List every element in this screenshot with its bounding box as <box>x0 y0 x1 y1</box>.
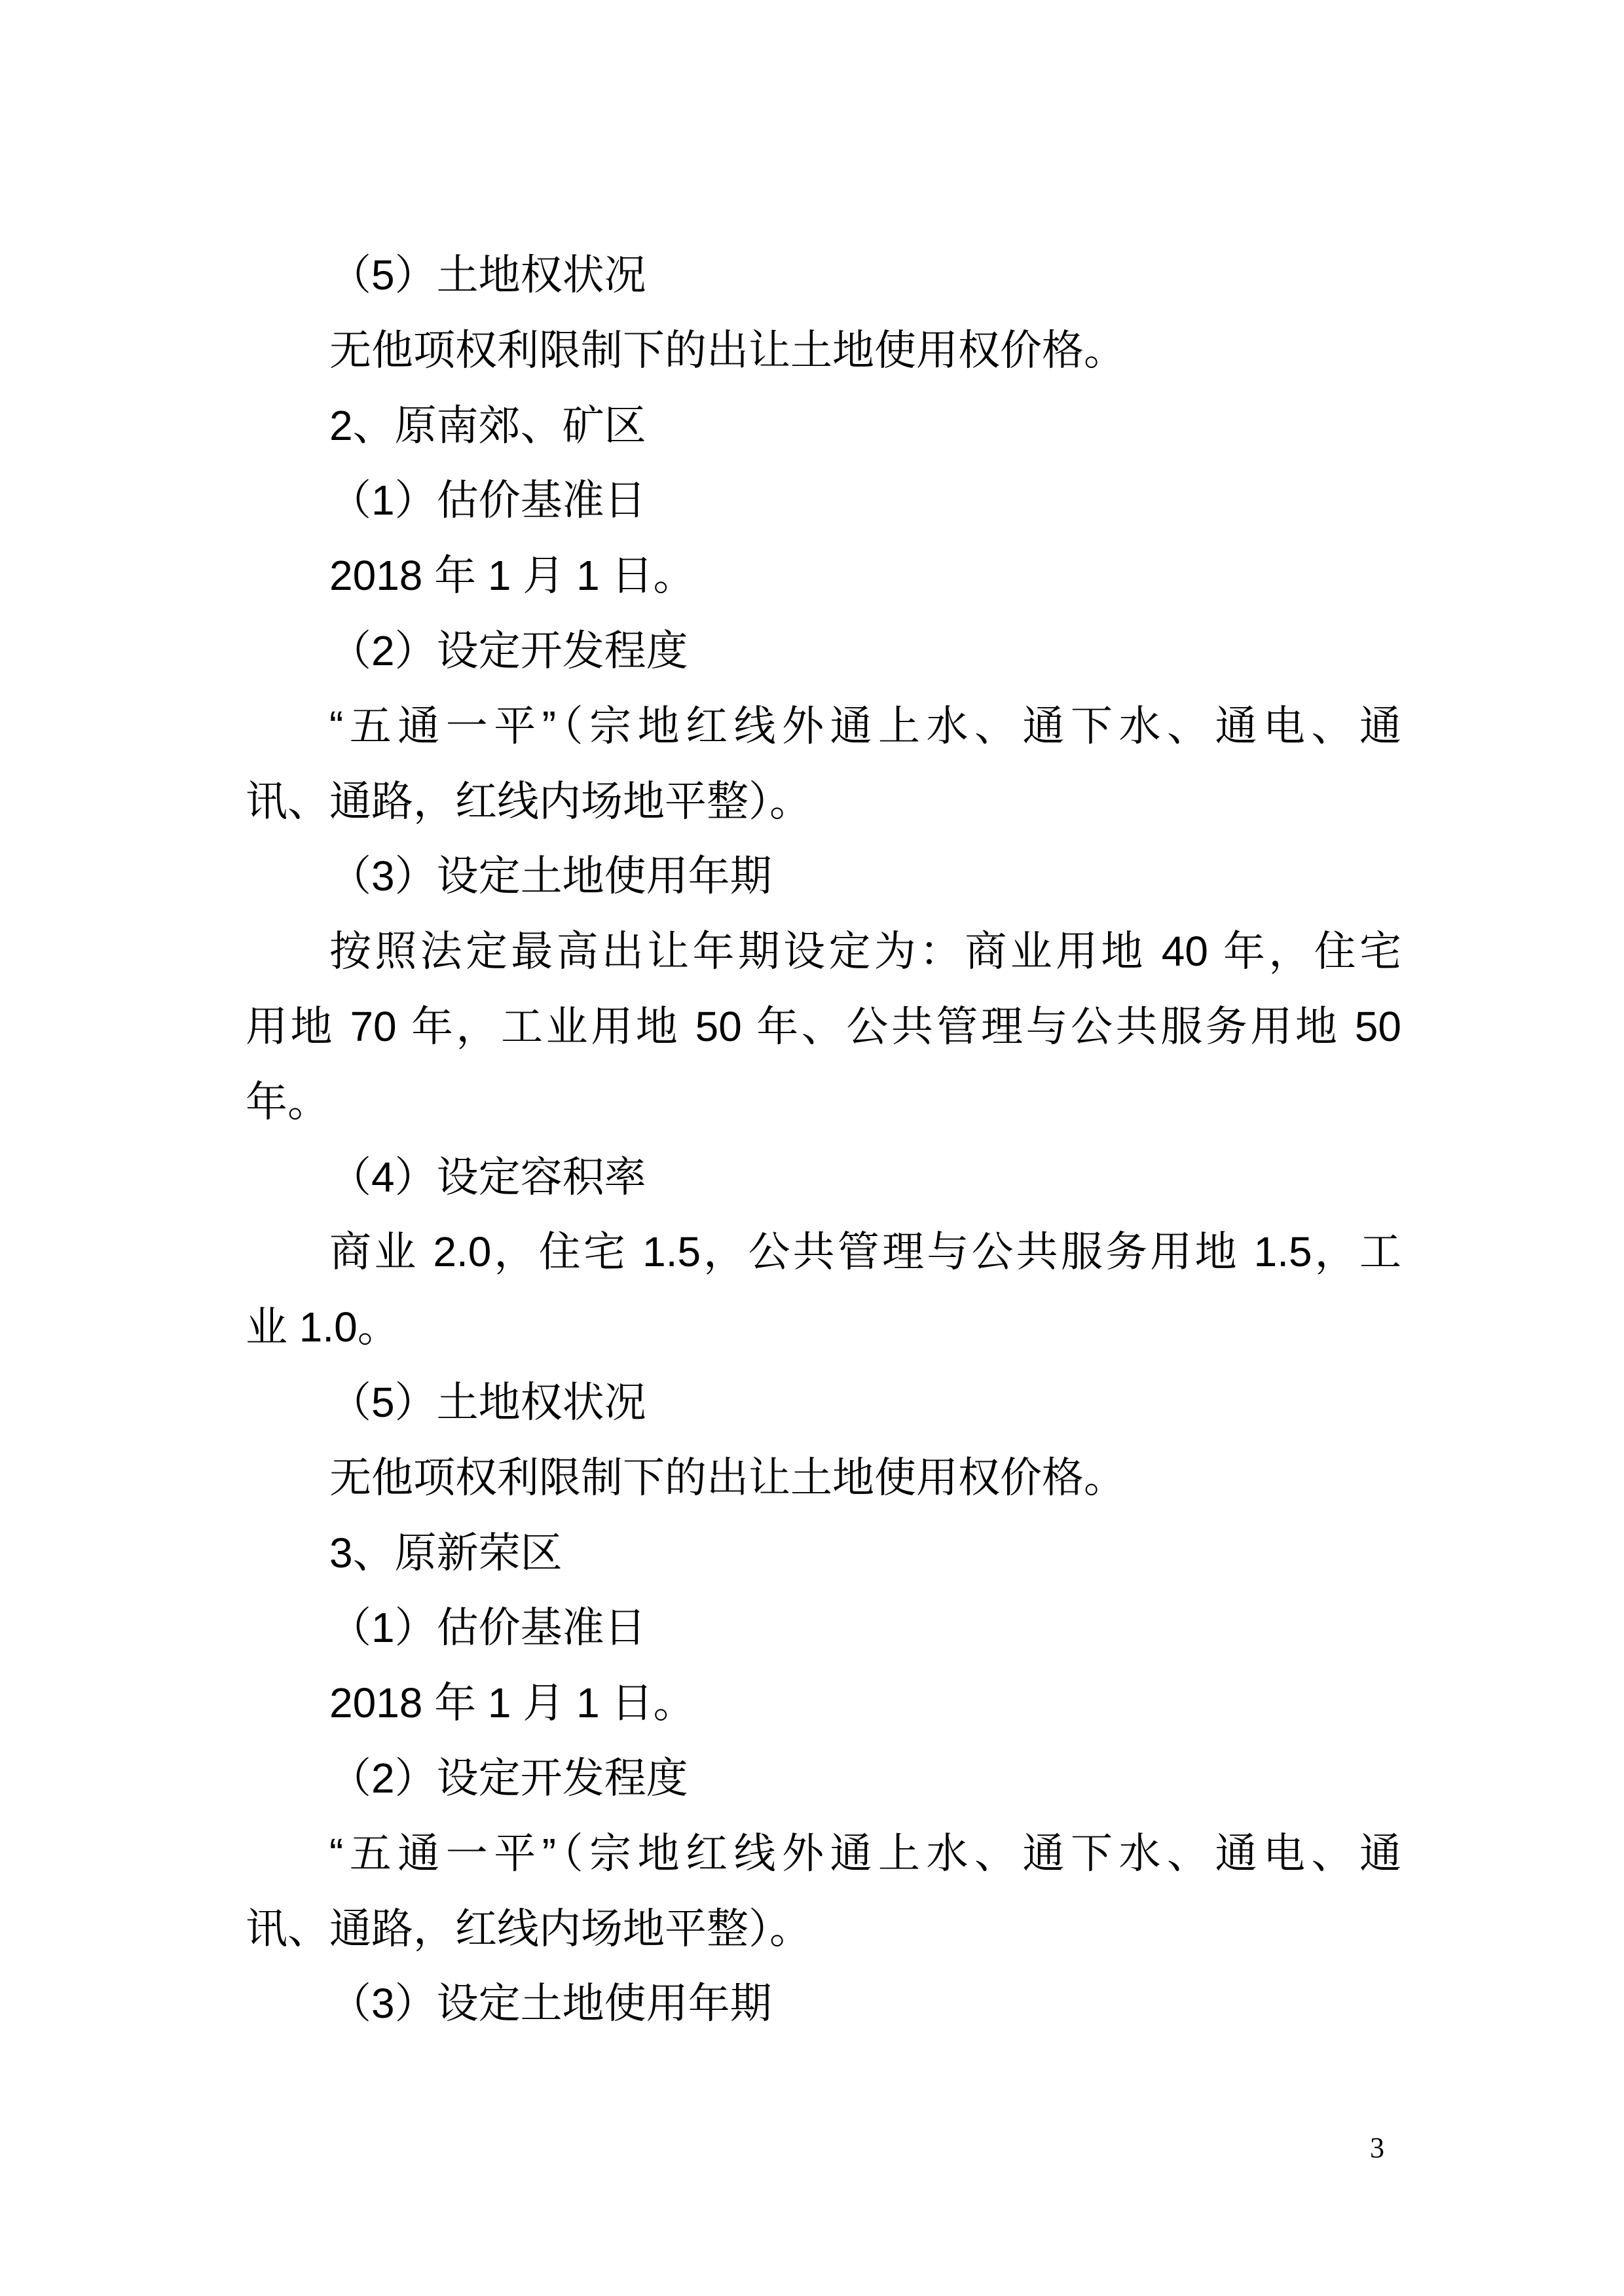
text-line: 用地 70 年，工业用地 50 年、公共管理与公共服务用地 50 <box>246 989 1401 1065</box>
text-line: 商业 2.0，住宅 1.5，公共管理与公共服务用地 1.5，工 <box>246 1214 1401 1290</box>
text-line: “五通一平”（宗地红线外通上水、通下水、通电、通 <box>246 1816 1401 1891</box>
text-line: 3、原新荣区 <box>246 1516 1401 1591</box>
text-line: （5）土地权状况 <box>246 1365 1401 1440</box>
document-body: （5）土地权状况无他项权利限制下的出让土地使用权价格。2、原南郊、矿区（1）估价… <box>246 238 1401 2041</box>
text-line: “五通一平”（宗地红线外通上水、通下水、通电、通 <box>246 689 1401 764</box>
text-line: （1）估价基准日 <box>246 1590 1401 1666</box>
text-line: 2018 年 1 月 1 日。 <box>246 1666 1401 1741</box>
text-line: 2018 年 1 月 1 日。 <box>246 538 1401 613</box>
text-line: （3）设定土地使用年期 <box>246 1966 1401 2041</box>
text-line: （3）设定土地使用年期 <box>246 839 1401 914</box>
text-line: 按照法定最高出让年期设定为：商业用地 40 年，住宅 <box>246 914 1401 989</box>
text-line: （1）估价基准日 <box>246 463 1401 538</box>
text-line: 2、原南郊、矿区 <box>246 388 1401 464</box>
text-line: （4）设定容积率 <box>246 1140 1401 1215</box>
text-line: 讯、通路，红线内场地平整）。 <box>246 764 1401 839</box>
text-line: 无他项权利限制下的出让土地使用权价格。 <box>246 1440 1401 1516</box>
text-line: 讯、通路，红线内场地平整）。 <box>246 1891 1401 1967</box>
text-line: （2）设定开发程度 <box>246 613 1401 689</box>
text-line: 业 1.0。 <box>246 1290 1401 1365</box>
text-line: 无他项权利限制下的出让土地使用权价格。 <box>246 313 1401 388</box>
text-line: （5）土地权状况 <box>246 238 1401 313</box>
document-page: （5）土地权状况无他项权利限制下的出让土地使用权价格。2、原南郊、矿区（1）估价… <box>0 0 1624 2296</box>
page-number: 3 <box>1348 2131 1407 2164</box>
text-line: 年。 <box>246 1065 1401 1140</box>
text-line: （2）设定开发程度 <box>246 1741 1401 1816</box>
